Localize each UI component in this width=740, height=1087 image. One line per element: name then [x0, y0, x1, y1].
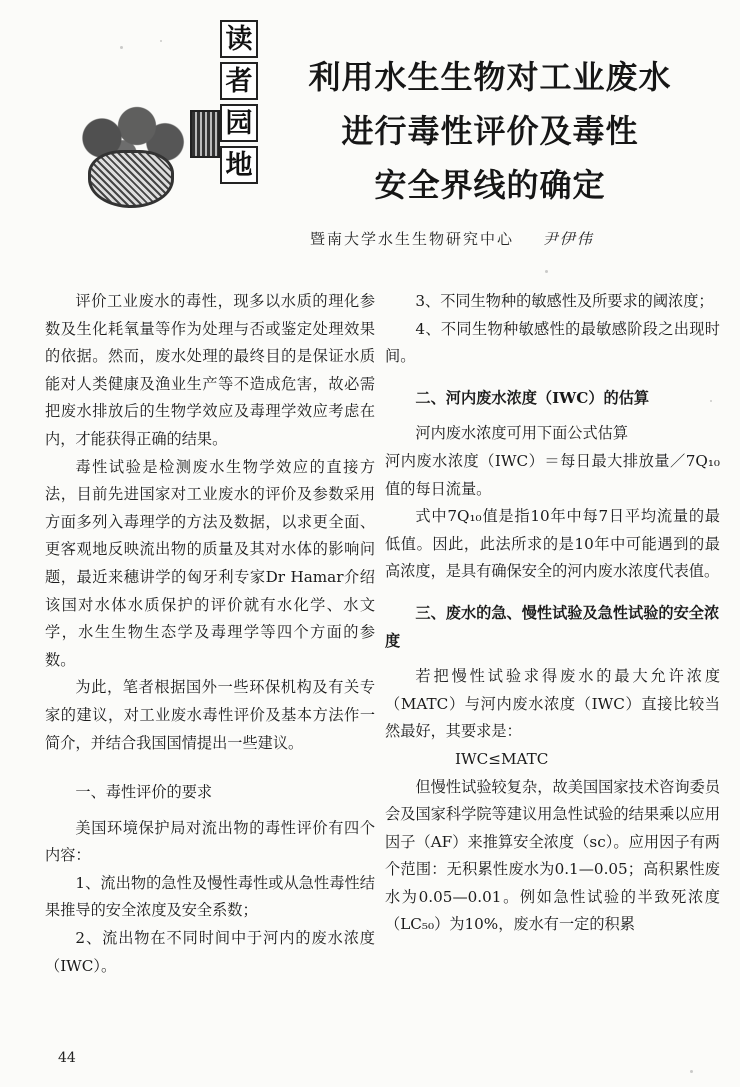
list-item: 2、流出物在不同时间中于河内的废水浓度（IWC）。 — [45, 925, 375, 980]
column-badge-char: 地 — [220, 146, 258, 184]
scan-speck — [545, 270, 548, 273]
byline: 暨南大学水生生物研究中心 尹伊伟 — [310, 228, 594, 249]
body-paragraph: 河内废水浓度可用下面公式估算 — [385, 420, 720, 448]
left-column: 评价工业废水的毒性，现多以水质的理化参数及生化耗氧量等作为处理与否或鉴定处理效果… — [45, 288, 375, 980]
formula-text: 河内废水浓度（IWC）＝每日最大排放量／7Q₁₀值的每日流量。 — [385, 448, 720, 503]
article-title: 利用水生生物对工业废水 进行毒性评价及毒性 安全界线的确定 — [270, 50, 710, 212]
author: 尹伊伟 — [543, 230, 594, 248]
affiliation: 暨南大学水生生物研究中心 — [310, 230, 514, 248]
column-badge-char: 读 — [220, 20, 258, 58]
section-heading-3: 三、废水的急、慢性试验及急性试验的安全浓度 — [385, 586, 720, 663]
section-heading-2: 二、河内废水浓度（IWC）的估算 — [385, 371, 720, 421]
body-paragraph: 毒性试验是检测废水生物学效应的直接方法，目前先进国家对工业废水的评价及参数采用方… — [45, 454, 375, 675]
list-item: 3、不同生物种的敏感性及所要求的阈浓度； — [385, 288, 720, 316]
right-column: 3、不同生物种的敏感性及所要求的阈浓度； 4、不同生物种敏感性的最敏感阶段之出现… — [385, 288, 720, 939]
body-paragraph: 美国环境保护局对流出物的毒性评价有四个内容： — [45, 815, 375, 870]
formula: IWC≤MATC — [385, 746, 720, 774]
scan-speck — [690, 1070, 693, 1073]
column-badge-char: 园 — [220, 104, 258, 142]
body-paragraph: 若把慢性试验求得废水的最大允许浓度（MATC）与河内废水浓度（IWC）直接比较当… — [385, 663, 720, 746]
list-item: 4、不同生物种敏感性的最敏感阶段之出现时间。 — [385, 316, 720, 371]
title-line-2: 进行毒性评价及毒性 — [270, 104, 710, 158]
body-paragraph: 式中7Q₁₀值是指10年中每7日平均流量的最低值。因此，此法所求的是10年中可能… — [385, 503, 720, 586]
title-line-1: 利用水生生物对工业废水 — [270, 50, 710, 104]
body-paragraph: 为此，笔者根据国外一些环保机构及有关专家的建议，对工业废水毒性评价及基本方法作一… — [45, 674, 375, 757]
column-badge-char: 者 — [220, 62, 258, 100]
vase-illustration-icon — [88, 150, 174, 208]
column-ornament: 读 者 园 地 — [28, 20, 258, 210]
page-number: 44 — [58, 1050, 76, 1066]
section-heading-1: 一、毒性评价的要求 — [45, 757, 375, 815]
body-paragraph: 但慢性试验较复杂，故美国国家技术咨询委员会及国家科学院等建议用急性试验的结果乘以… — [385, 774, 720, 940]
intro-paragraph: 评价工业废水的毒性，现多以水质的理化参数及生化耗氧量等作为处理与否或鉴定处理效果… — [45, 288, 375, 454]
list-item: 1、流出物的急性及慢性毒性或从急性毒性结果推导的安全浓度及安全系数； — [45, 870, 375, 925]
book-illustration-icon — [190, 110, 220, 158]
title-line-3: 安全界线的确定 — [270, 158, 710, 212]
